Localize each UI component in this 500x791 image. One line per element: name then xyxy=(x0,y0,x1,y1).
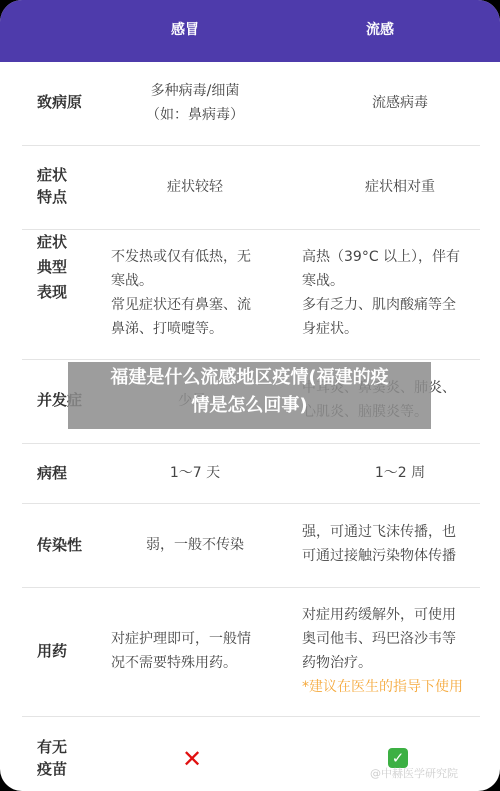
cell-cold-typical: 不发热或仅有低热，无 寒战。 常见症状还有鼻塞、流 鼻涕、打喷嚏等。 xyxy=(111,245,291,341)
cell-flu-features: 症状相对重 xyxy=(320,175,480,199)
row-label-pathogen: 致病原 xyxy=(37,91,82,113)
cell-cold-features: 症状较轻 xyxy=(120,175,270,199)
table-header: 感冒 流感 xyxy=(0,0,500,62)
cell-cold-pathogen: 多种病毒/细菌 （如：鼻病毒） xyxy=(120,79,270,127)
cell-cold-contagiousness: 弱，一般不传染 xyxy=(120,533,270,557)
cell-flu-pathogen: 流感病毒 xyxy=(320,91,480,115)
cell-flu-medication: 对症用药缓解外，可使用 奥司他韦、玛巴洛沙韦等 药物治疗。 xyxy=(302,603,497,675)
cell-flu-typical: 高热（39°C 以上），伴有 寒战。 多有乏力、肌肉酸痛等全 身症状。 xyxy=(302,245,497,341)
overlay-title: 福建是什么流感地区疫情(福建的疫 情是怎么回事) xyxy=(68,364,431,420)
header-flu: 流感 xyxy=(300,0,460,62)
cell-cold-medication: 对症护理即可，一般情 况不需要特殊用药。 xyxy=(111,627,291,675)
row-divider xyxy=(22,587,480,588)
row-divider xyxy=(22,716,480,717)
cross-mark-icon: ✕ xyxy=(182,747,202,771)
row-label-contagiousness: 传染性 xyxy=(37,534,82,556)
comparison-card: 感冒 流感 致病原 多种病毒/细菌 （如：鼻病毒） 流感病毒 症状 特点 症状较… xyxy=(0,0,500,791)
row-divider xyxy=(22,359,480,360)
row-label-vaccine: 有无 疫苗 xyxy=(37,736,67,780)
row-label-medication: 用药 xyxy=(37,640,67,662)
row-label-duration: 病程 xyxy=(37,462,67,484)
cell-flu-duration: 1～2 周 xyxy=(320,461,480,485)
row-divider xyxy=(22,503,480,504)
row-label-typical-symptoms: 症状 典型 表现 xyxy=(37,230,67,305)
row-divider xyxy=(22,229,480,230)
medication-note: *建议在医生的指导下使用 xyxy=(302,675,497,699)
row-divider xyxy=(22,145,480,146)
cell-cold-duration: 1～7 天 xyxy=(120,461,270,485)
row-divider xyxy=(22,443,480,444)
title-overlay: 福建是什么流感地区疫情(福建的疫 情是怎么回事) xyxy=(68,362,431,429)
watermark: @中赫医学研究院 xyxy=(370,765,458,781)
cell-flu-contagiousness: 强，可通过飞沫传播，也 可通过接触污染物体传播 xyxy=(302,520,497,568)
row-label-symptom-features: 症状 特点 xyxy=(37,164,67,208)
header-cold: 感冒 xyxy=(110,0,260,62)
